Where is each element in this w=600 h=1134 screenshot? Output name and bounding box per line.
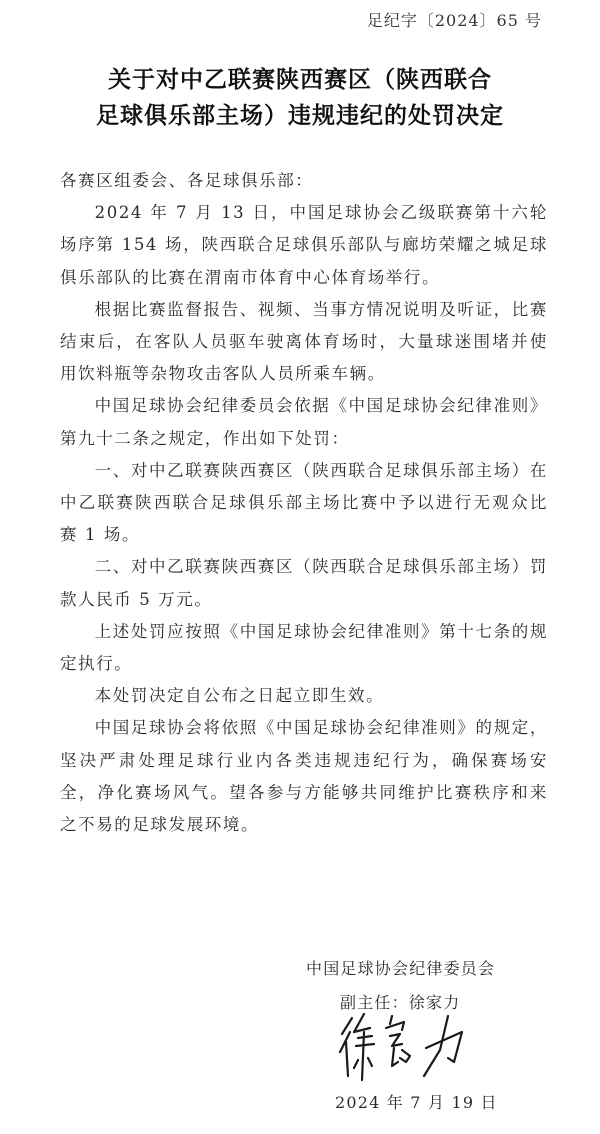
paragraph-incident: 2024 年 7 月 13 日，中国足球协会乙级联赛第十六轮场序第 154 场，… bbox=[60, 197, 548, 294]
document-date: 2024 年 7 月 19 日 bbox=[335, 1090, 600, 1113]
penalty-item-1: 一、对中乙联赛陕西赛区（陕西联合足球俱乐部主场）在中乙联赛陕西联合足球俱乐部主场… bbox=[60, 455, 548, 552]
title-line-1: 关于对中乙联赛陕西赛区（陕西联合 bbox=[0, 62, 600, 98]
paragraph-execution: 上述处罚应按照《中国足球协会纪律准则》第十七条的规定执行。 bbox=[60, 616, 548, 680]
document-title: 关于对中乙联赛陕西赛区（陕西联合 足球俱乐部主场）违规违纪的处罚决定 bbox=[0, 62, 600, 134]
document-number: 足纪字〔2024〕65 号 bbox=[367, 8, 542, 31]
paragraph-basis: 中国足球协会纪律委员会依据《中国足球协会纪律准则》第九十二条之规定，作出如下处罚… bbox=[60, 390, 548, 454]
issuing-organization: 中国足球协会纪律委员会 bbox=[306, 956, 600, 979]
paragraph-findings: 根据比赛监督报告、视频、当事方情况说明及听证，比赛结束后，在客队人员驱车驶离体育… bbox=[60, 294, 548, 391]
paragraph-effective: 本处罚决定自公布之日起立即生效。 bbox=[60, 680, 548, 712]
salutation: 各赛区组委会、各足球俱乐部： bbox=[60, 165, 548, 197]
document-body: 各赛区组委会、各足球俱乐部： 2024 年 7 月 13 日，中国足球协会乙级联… bbox=[60, 165, 548, 841]
paragraph-closing: 中国足球协会将依照《中国足球协会纪律准则》的规定，坚决严肃处理足球行业内各类违规… bbox=[60, 712, 548, 841]
penalty-item-2: 二、对中乙联赛陕西赛区（陕西联合足球俱乐部主场）罚款人民币 5 万元。 bbox=[60, 551, 548, 615]
title-line-2: 足球俱乐部主场）违规违纪的处罚决定 bbox=[0, 98, 600, 134]
handwritten-signature bbox=[330, 1010, 490, 1090]
